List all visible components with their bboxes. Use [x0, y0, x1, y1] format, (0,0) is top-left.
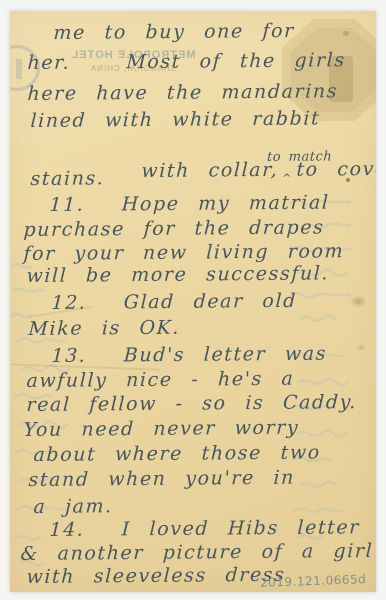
letter-line-6: stains. — [30, 167, 105, 190]
letter-paper: METROPOLE HOTEL SHANGHAI, CHINA — [10, 11, 376, 592]
insertion-mark: ^to match — [278, 166, 296, 176]
letter-line-7: 11. Hope my matrial — [49, 192, 330, 216]
letter-line-3: here have the mandarins — [27, 80, 339, 105]
letter-line-1: me to buy one for — [53, 20, 295, 44]
letter-line-15: real fellow - so is Caddy. — [26, 391, 357, 416]
letter-line-5-before: with collar, — [141, 159, 279, 182]
letter-line-22: with sleeveless dress — [26, 564, 286, 588]
letter-line-19: a jam. — [33, 495, 113, 518]
letter-line-17: about where those two — [33, 441, 321, 466]
letter-line-21: & another picture of a girl — [20, 540, 374, 565]
letter-line-14: awfully nice - he's a — [26, 368, 295, 392]
scan-background: METROPOLE HOTEL SHANGHAI, CHINA — [0, 0, 386, 600]
letter-line-8: purchase for the drapes — [23, 216, 325, 241]
caret-icon: ^ — [282, 172, 292, 185]
letter-line-20: 14. I loved Hibs letter — [49, 516, 360, 541]
letter-line-18: stand when you're in — [28, 467, 295, 491]
letter-line-16: You need never worry — [23, 417, 300, 441]
letter-line-10: will be more successful. — [26, 262, 330, 287]
letter-line-9: for your new living room — [23, 240, 345, 265]
letter-line-2: her. Most of the girls — [27, 49, 346, 74]
paper-stain — [350, 295, 367, 308]
letter-line-4: lined with white rabbit — [30, 107, 321, 132]
paper-stain — [343, 31, 349, 36]
paper-stain — [357, 344, 366, 351]
letter-line-12: Mike is OK. — [28, 317, 181, 340]
letter-line-13: 13. Bud's letter was — [51, 343, 328, 367]
letter-line-11: 12. Glad dear old — [51, 290, 297, 314]
interlinear-insertion: to match — [267, 149, 333, 165]
